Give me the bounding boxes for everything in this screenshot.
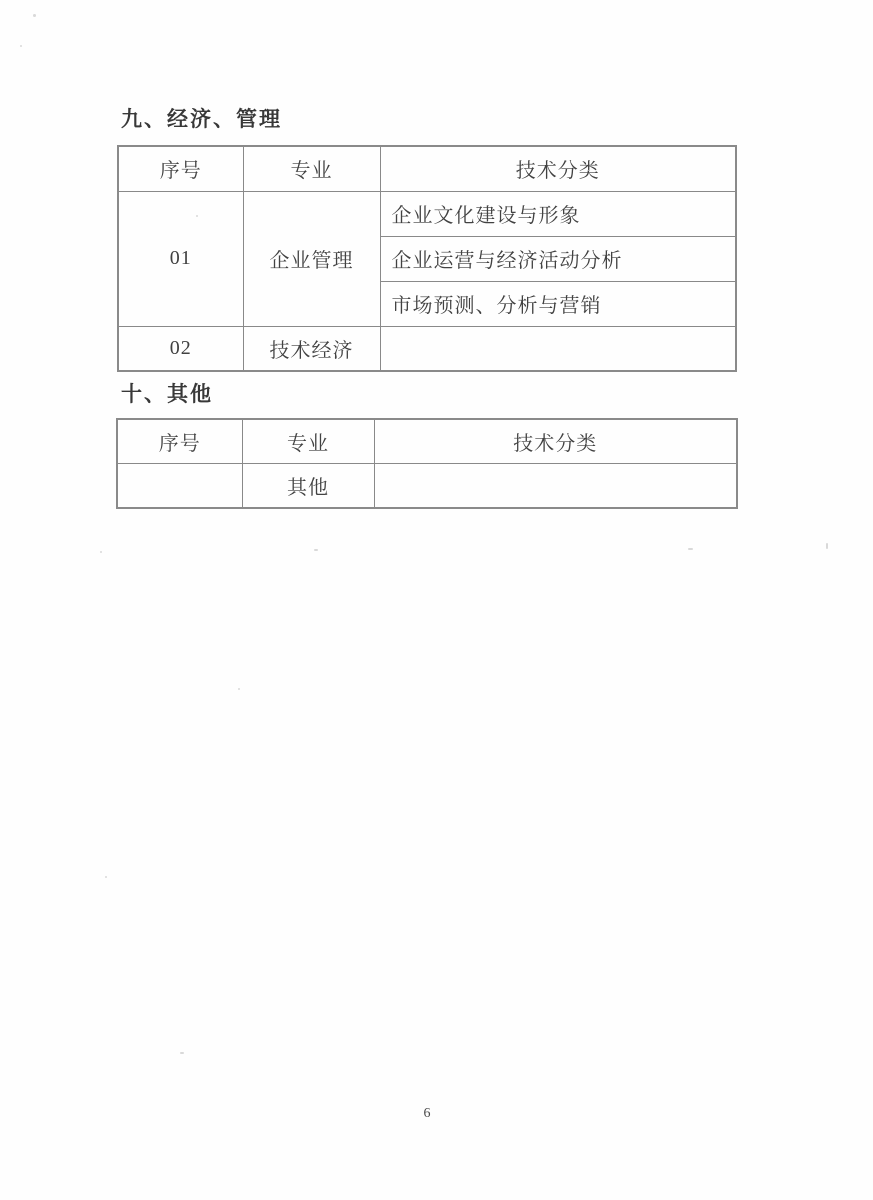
scan-speck xyxy=(196,215,198,217)
scan-speck xyxy=(33,14,36,17)
scan-speck xyxy=(105,876,107,878)
scanned-document-page: 九、经济、管理 序号 专业 技术分类 01 企业管理 企业文化建设与形象 企业运… xyxy=(0,0,873,1200)
cell-category-empty xyxy=(374,463,737,508)
cell-serial-empty xyxy=(117,463,242,508)
scan-speck xyxy=(314,549,318,551)
scan-speck xyxy=(100,551,102,553)
scan-speck xyxy=(20,45,22,47)
table-row: 01 企业管理 企业文化建设与形象 xyxy=(118,191,736,236)
scan-speck xyxy=(238,688,240,690)
cell-serial-01: 01 xyxy=(118,191,243,326)
scan-speck xyxy=(688,548,693,550)
table-row: 02 技术经济 xyxy=(118,326,736,371)
column-header-serial: 序号 xyxy=(117,419,242,463)
cell-major-technical-economics: 技术经济 xyxy=(243,326,380,371)
cell-major-others: 其他 xyxy=(242,463,374,508)
section-heading-others: 十、其他 xyxy=(121,381,213,407)
page-number: 6 xyxy=(0,1106,854,1122)
column-header-major: 专业 xyxy=(242,419,374,463)
cell-major-enterprise-management: 企业管理 xyxy=(243,191,380,326)
column-header-tech-category: 技术分类 xyxy=(380,146,736,191)
cell-category-market-forecast: 市场预测、分析与营销 xyxy=(380,281,736,326)
cell-category-corporate-culture: 企业文化建设与形象 xyxy=(380,191,736,236)
table-header-row: 序号 专业 技术分类 xyxy=(118,146,736,191)
economics-management-table: 序号 专业 技术分类 01 企业管理 企业文化建设与形象 企业运营与经济活动分析… xyxy=(117,145,737,372)
column-header-serial: 序号 xyxy=(118,146,243,191)
section-heading-economics-management: 九、经济、管理 xyxy=(121,106,282,132)
column-header-major: 专业 xyxy=(243,146,380,191)
scan-speck xyxy=(180,1052,184,1054)
cell-category-operations-analysis: 企业运营与经济活动分析 xyxy=(380,236,736,281)
others-table: 序号 专业 技术分类 其他 xyxy=(116,418,738,509)
column-header-tech-category: 技术分类 xyxy=(374,419,737,463)
scan-speck xyxy=(826,543,828,549)
table-header-row: 序号 专业 技术分类 xyxy=(117,419,737,463)
table-row: 其他 xyxy=(117,463,737,508)
cell-category-empty xyxy=(380,326,736,371)
cell-serial-02: 02 xyxy=(118,326,243,371)
